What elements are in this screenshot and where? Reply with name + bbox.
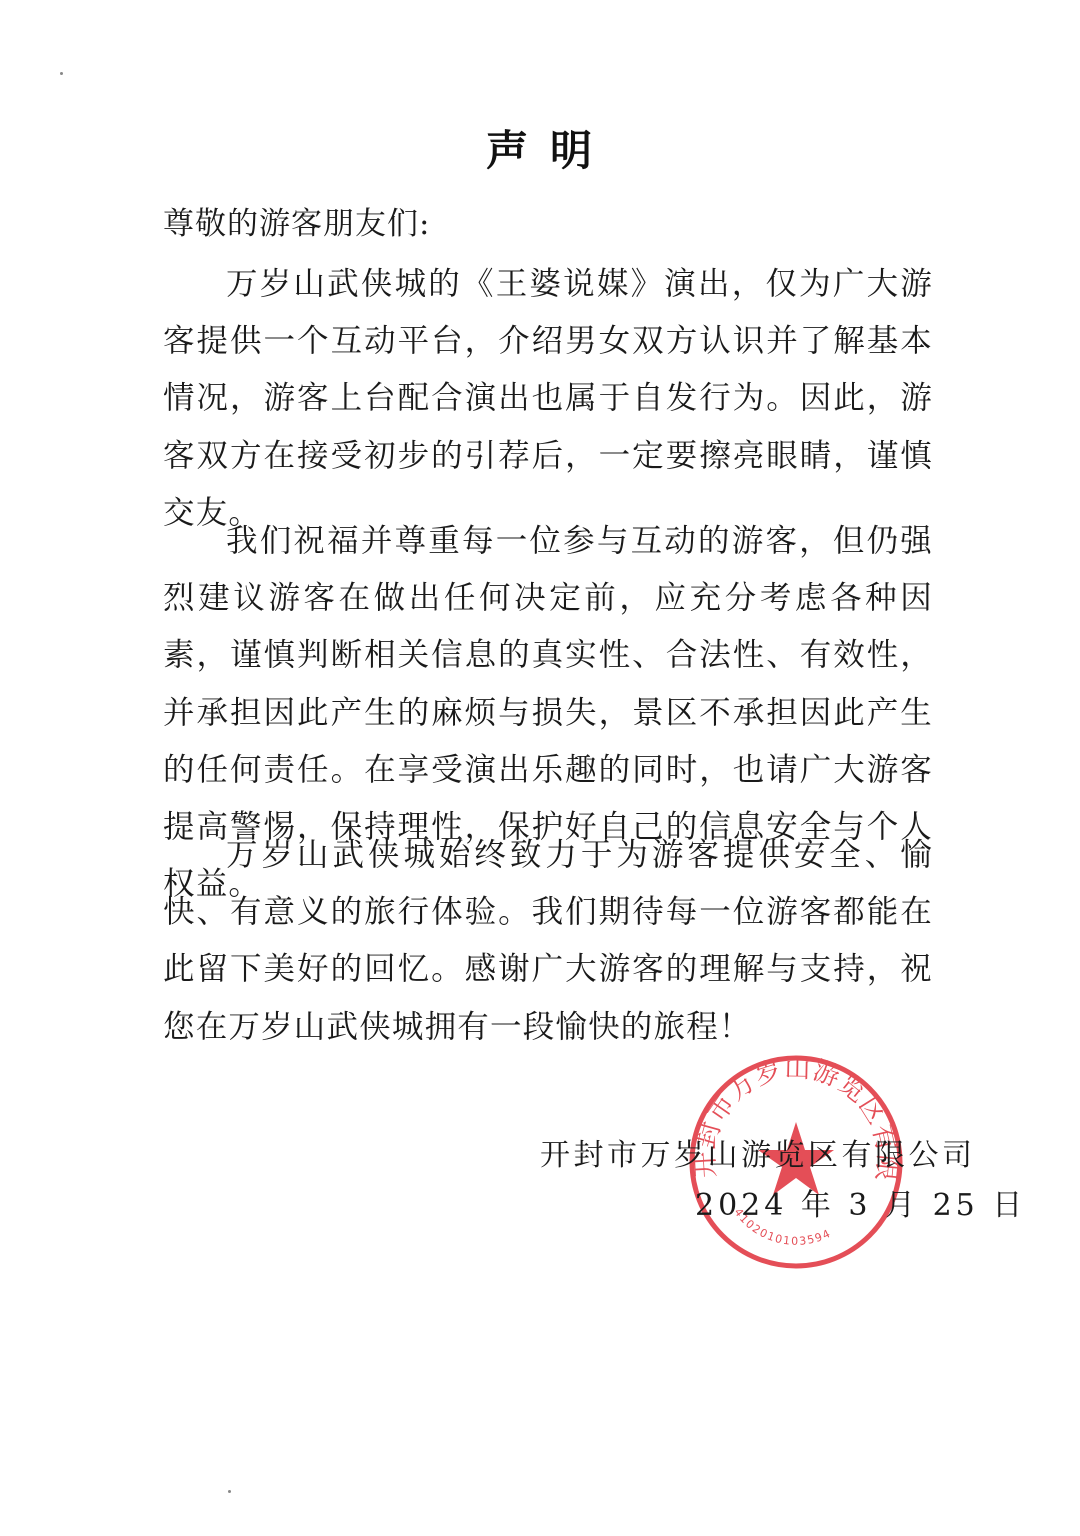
- paragraph-3: 万岁山武侠城始终致力于为游客提供安全、愉快、有意义的旅行体验。我们期待每一位游客…: [163, 827, 933, 1056]
- paragraph-1: 万岁山武侠城的《王婆说媒》演出，仅为广大游客提供一个互动平台，介绍男女双方认识并…: [163, 256, 933, 542]
- scan-speck: [60, 72, 63, 75]
- scan-speck: [228, 1490, 231, 1493]
- greeting: 尊敬的游客朋友们:: [163, 198, 430, 243]
- document-title: 声明: [0, 118, 1080, 178]
- signature: 开封市万岁山游览区有限公司: [540, 1130, 976, 1174]
- date: 2024 年 3 月 25 日: [695, 1180, 1026, 1224]
